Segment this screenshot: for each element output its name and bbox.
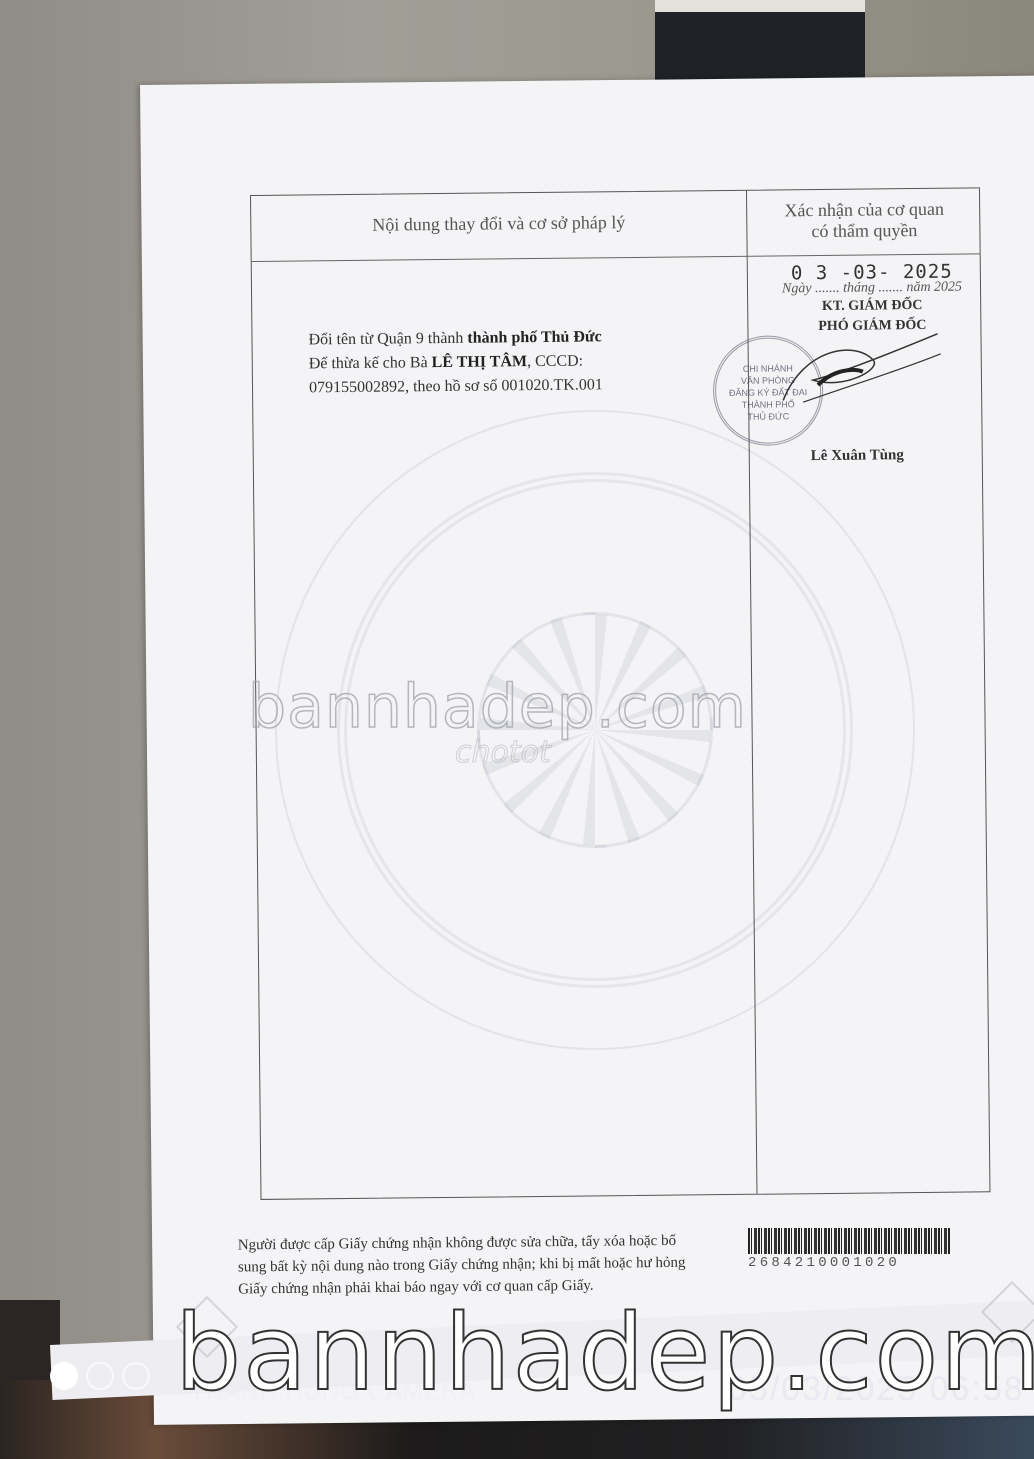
watermark-bottom: bannhadep.com xyxy=(175,1298,1034,1408)
seal-line: THỦ ĐỨC xyxy=(716,410,820,423)
header-changes-legal-basis: Nội dung thay đổi và cơ sở pháp lý xyxy=(251,211,746,237)
watermark-center: bannhadep.com xyxy=(248,672,747,742)
camera-dot-icon xyxy=(50,1362,78,1390)
change-entry-line2: Để thừa kế cho Bà LÊ THỊ TÂM, CCCD: xyxy=(309,349,603,376)
title-director: KT. GIÁM ĐỐC xyxy=(752,295,992,318)
watermark-faint: chotot xyxy=(455,735,551,770)
background-dark-object xyxy=(655,0,865,85)
authority-confirmation: 0 3 -03- 2025 Ngày ....... tháng .......… xyxy=(752,260,993,338)
header-authority-confirmation: Xác nhận của cơ quan có thẩm quyền xyxy=(747,198,981,242)
camera-dot-icon xyxy=(86,1362,114,1390)
header-authority-line1: Xác nhận của cơ quan xyxy=(747,198,981,221)
change-entry: Đổi tên từ Quận 9 thành thành phố Thủ Đứ… xyxy=(308,325,603,400)
barcode: 2684210001020 xyxy=(748,1228,950,1271)
barcode-icon xyxy=(748,1228,950,1254)
signature-icon xyxy=(762,329,943,411)
camera-dot-icon xyxy=(122,1362,150,1390)
change-entry-line1: Đổi tên từ Quận 9 thành thành phố Thủ Đứ… xyxy=(308,325,602,352)
camera-mode-indicator xyxy=(50,1362,150,1390)
signer-name: Lê Xuân Tùng xyxy=(811,447,904,465)
header-authority-line2: có thẩm quyền xyxy=(747,219,981,242)
barcode-number: 2684210001020 xyxy=(748,1255,950,1271)
change-entry-line3: 079155002892, theo hồ sơ số 001020.TK.00… xyxy=(309,373,603,400)
certificate-notice: Người được cấp Giấy chứng nhận không đượ… xyxy=(238,1230,709,1301)
date-template: Ngày ....... tháng ....... năm 2025 xyxy=(752,279,992,298)
